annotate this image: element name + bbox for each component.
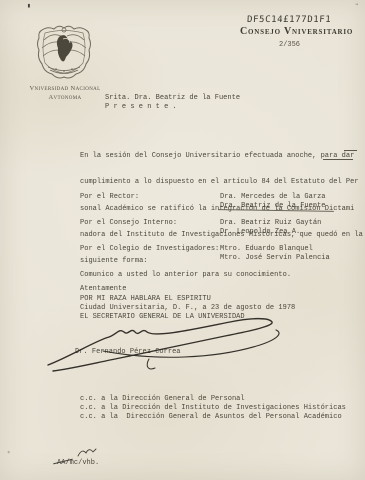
microfilm-code-stamp: DF5C14£177D1F1 xyxy=(247,15,332,25)
appointee-name: Dr. Leopoldo Zea A. xyxy=(220,228,300,237)
consejo-universitario-stamp: Consejo Vniversitario xyxy=(240,26,353,37)
pen-squiggle-icon xyxy=(76,445,98,459)
letterhead-university-name: Vniversidad Nacional xyxy=(0,85,130,93)
folio-number: 2/356 xyxy=(279,41,300,49)
place-date-line: Ciudad Universitaria, D. F., a 23 de ago… xyxy=(80,304,295,313)
signer-name: Dr. Fernando Pérez Correa xyxy=(75,348,181,357)
salutation: Atentamente xyxy=(80,285,126,294)
cc-line: c.c. a la Dirección General de Asuntos d… xyxy=(80,413,342,422)
hyphenation-underscore xyxy=(344,150,357,151)
letter-page: ▖ ❞ ∗ Vniversidad Nacional Avtonoma DF5C… xyxy=(0,0,365,480)
appointee-name: Dra. Beatriz Ruiz Gaytán xyxy=(220,219,321,228)
appointee-name: Dra. Mercedes de la Garza xyxy=(220,193,326,202)
recipient-name: Srita. Dra. Beatriz de la Fuente xyxy=(105,94,240,103)
hyphenation-underscore xyxy=(323,159,353,160)
scan-speck: ▖ xyxy=(28,1,32,8)
appointment-label-rector: Por el Rector: xyxy=(80,193,139,202)
university-motto: POR MI RAZA HABLARA EL ESPIRITU xyxy=(80,295,211,304)
appointee-name: Mtro. Eduardo Blanquel xyxy=(220,245,313,254)
paragraph-line: En la sesión del Consejo Universitario e… xyxy=(80,152,363,161)
scan-speck: ∗ xyxy=(7,449,11,456)
appointment-label-colegio: Por el Colegio de Investigadores: xyxy=(80,245,219,254)
appointee-name: Mtro. José Servín Palencia xyxy=(220,254,330,263)
closing-line: Comunico a usted lo anterior para su con… xyxy=(80,271,291,280)
appointment-label-consejo-interno: Por el Consejo Interno: xyxy=(80,219,177,228)
scan-speck: ❞ xyxy=(355,3,359,10)
signer-title: EL SECRETARIO GENERAL DE LA UNIVERSIDAD xyxy=(80,313,245,322)
cc-line: c.c. a la Dirección del Instituto de Inv… xyxy=(80,404,346,413)
paragraph-line: cumplimiento a lo dispuesto en el artícu… xyxy=(80,178,363,187)
cc-line: c.c. a la Dirección General de Personal xyxy=(80,395,245,404)
unam-crest-icon xyxy=(33,23,95,83)
recipient-presente: P r e s e n t e . xyxy=(105,103,177,112)
